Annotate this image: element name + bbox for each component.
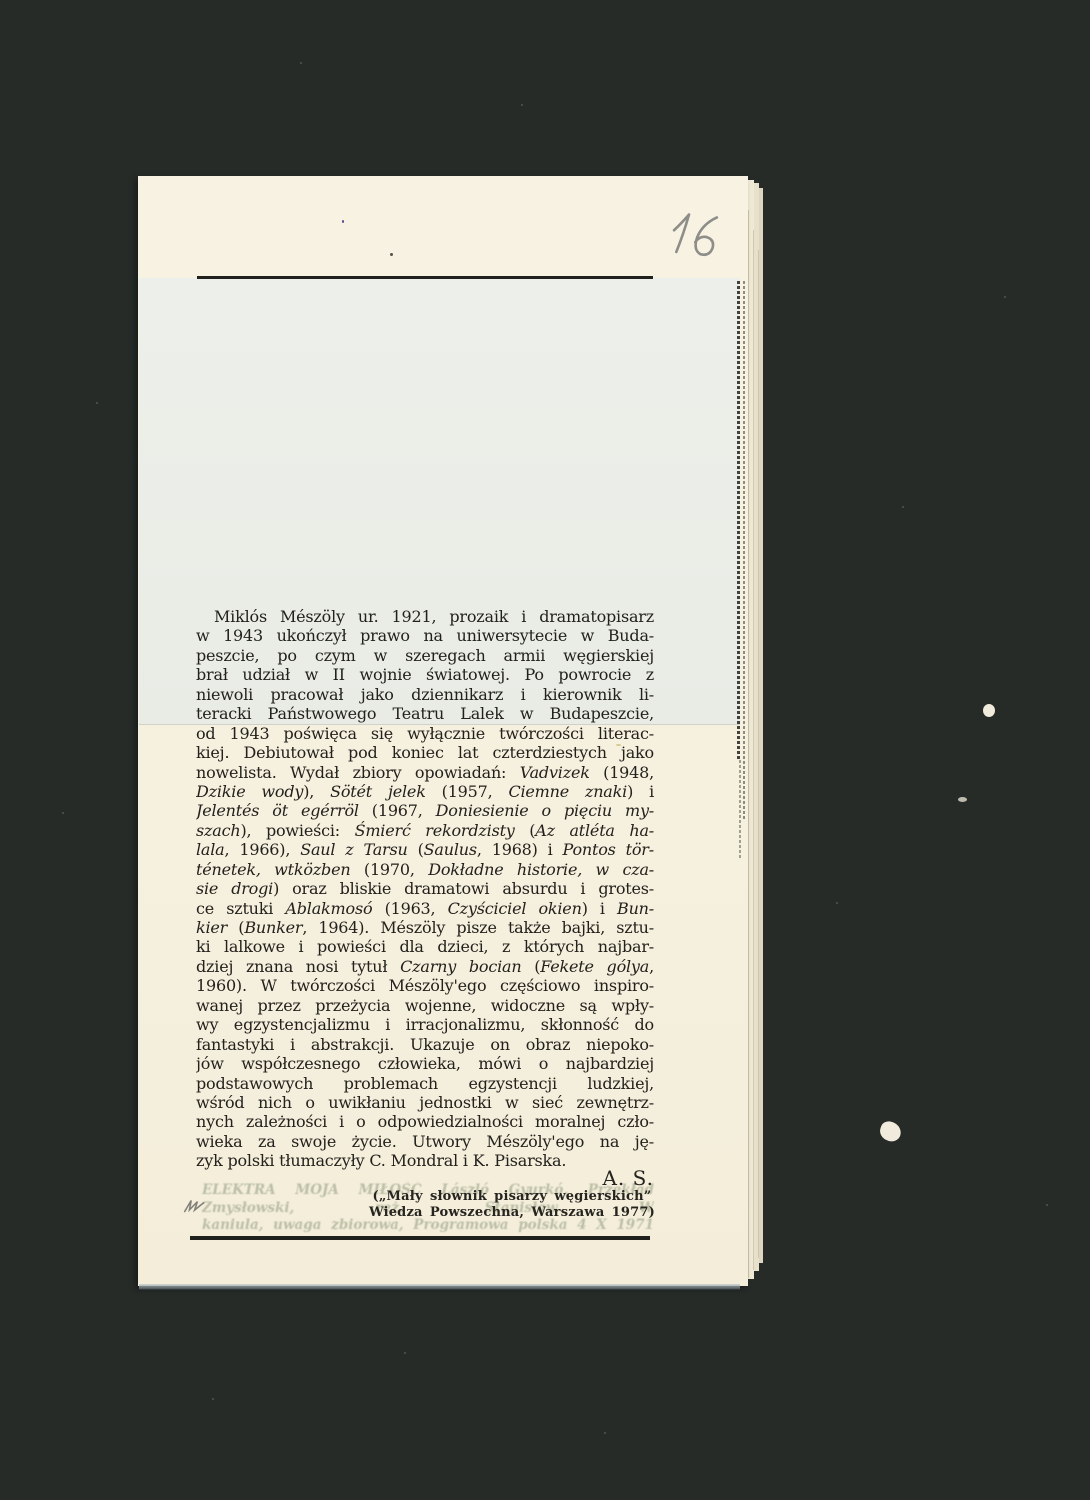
sheet-edge (748, 210, 749, 1278)
dust-speck (62, 812, 64, 814)
text-line: ki lalkowe i powieści dla dzieci, z któr… (196, 937, 654, 956)
text-line: jów współczesnego człowieka, mówi o najb… (196, 1054, 654, 1073)
dust-speck (604, 1432, 606, 1434)
dust-speck (1004, 296, 1006, 298)
text-line: niewoli pracował jako dziennikarz i kier… (196, 685, 654, 704)
text-line: kier (Bunker, 1964). Mészöly pisze także… (196, 918, 654, 937)
text-line: Dzikie wody), Sötét jelek (1957, Ciemne … (196, 782, 654, 801)
text-line: w 1943 ukończył prawo na uniwersytecie w… (196, 626, 654, 645)
clipping-perforated-edge (737, 281, 740, 761)
dust-speck (96, 402, 98, 404)
source-citation-line1: („Mały słownik pisarzy węgierskich” (368, 1189, 656, 1205)
text-line: peszcie, po czym w szeregach armii węgie… (196, 646, 654, 665)
text-line: fantastyki i abstrakcji. Ukazuje on obra… (196, 1035, 654, 1054)
paper-fleck (958, 797, 967, 802)
page-bottom-shadow (139, 1284, 740, 1290)
clipping-perforated-edge (743, 281, 745, 821)
ink-speck (390, 253, 393, 256)
text-line: podstawowych problemach egzystencji ludz… (196, 1074, 654, 1093)
clipping-perforated-edge (739, 760, 741, 860)
photo-background: { "photo": { "background_color": "#262b2… (0, 0, 1090, 1500)
text-line: wy egzystencjalizmu i irracjonalizmu, sk… (196, 1015, 654, 1034)
digit-1-stroke (676, 214, 689, 253)
sheet-edge (753, 230, 754, 1270)
dust-speck (1046, 1204, 1048, 1206)
handwritten-page-number (666, 208, 724, 272)
dust-speck (902, 506, 904, 508)
text-line: 1960). W twórczości Mészöly'ego częściow… (196, 976, 654, 995)
text-line: ce sztuki Ablakmosó (1963, Czyściciel ok… (196, 899, 654, 918)
text-line: wanej przez przeżycia wojenne, widoczne … (196, 996, 654, 1015)
dust-speck (836, 902, 838, 904)
text-line: sie drogi) oraz bliskie dramatowi absurd… (196, 879, 654, 898)
digit-6-stroke (693, 215, 718, 257)
dust-speck (521, 104, 523, 106)
text-line: dziej znana nosi tytuł Czarny bocian (Fe… (196, 957, 654, 976)
text-line: szach), powieści: Śmierć rekordzisty (Az… (196, 821, 654, 840)
paper-fleck (878, 1119, 904, 1144)
text-line: od 1943 poświęca się wyłącznie twórczośc… (196, 724, 654, 743)
ink-speck (342, 220, 344, 223)
clipping-top-rule (197, 276, 653, 279)
paper-fleck (983, 704, 995, 717)
text-line: kiej. Debiutował pod koniec lat czterdzi… (196, 743, 654, 762)
text-line: lala, 1966), Saul z Tarsu (Saulus, 1968)… (196, 840, 654, 859)
text-line: nych zależności i o odpowiedzialności mo… (196, 1112, 654, 1131)
text-line: brał udział w II wojnie światowej. Po po… (196, 665, 654, 684)
article-text: Miklós Mészöly ur. 1921, prozaik i drama… (196, 607, 654, 1171)
text-line: Jelentés öt egérröl (1967, Doniesienie o… (196, 801, 654, 820)
text-line: ténetek, wtközben (1970, Dokładne histor… (196, 860, 654, 879)
text-line: nowelista. Wydał zbiory opowiadań: Vadvi… (196, 763, 654, 782)
pencil-scribble (182, 1196, 208, 1220)
text-line: wśród nich o uwikłaniu jednostki w sieć … (196, 1093, 654, 1112)
dust-speck (212, 1398, 214, 1400)
signature: A. S. (196, 1166, 654, 1190)
text-line: wieka za swoje życie. Utwory Mészöly'ego… (196, 1132, 654, 1151)
sheet-edge (758, 250, 759, 1258)
dust-speck (300, 62, 302, 64)
source-citation-line2: Wiedza Powszechna, Warszawa 1977) (368, 1205, 656, 1221)
clipping-bottom-rule (190, 1236, 650, 1240)
text-line: Miklós Mészöly ur. 1921, prozaik i drama… (196, 607, 654, 626)
dust-speck (404, 1352, 406, 1354)
source-citation: („Mały słownik pisarzy węgierskich” Wied… (368, 1189, 656, 1221)
text-line: teracki Państwowego Teatru Lalek w Budap… (196, 704, 654, 723)
